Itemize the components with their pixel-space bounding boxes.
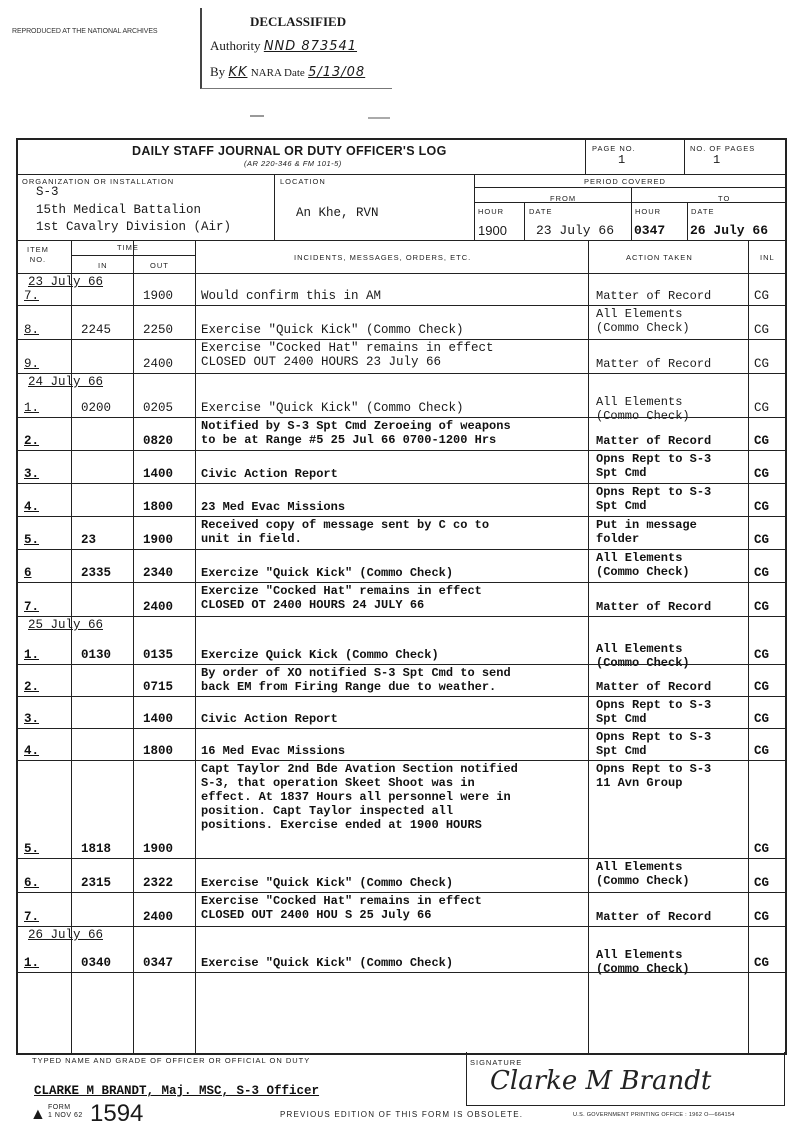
entry-action: 11 Avn Group bbox=[596, 776, 682, 790]
entry-initials: CG bbox=[754, 289, 769, 303]
entry-action: Put in message bbox=[596, 518, 697, 532]
entry-action: Matter of Record bbox=[596, 289, 711, 303]
entry-item-no: 4. bbox=[24, 744, 39, 758]
to-hour-value: 0347 bbox=[634, 223, 665, 238]
entry-item-no: 1. bbox=[24, 956, 39, 970]
entry-text: Exercise "Cocked Hat" remains in effect bbox=[201, 894, 482, 908]
no-of-pages-label: NO. OF PAGES bbox=[690, 144, 755, 153]
entry-action: (Commo Check) bbox=[596, 656, 690, 670]
entry-time-out: 2340 bbox=[143, 566, 173, 580]
entry-text: to be at Range #5 25 Jul 66 0700-1200 Hr… bbox=[201, 433, 496, 447]
page-no-label: PAGE NO. bbox=[592, 144, 636, 153]
entry-action: Matter of Record bbox=[596, 600, 711, 614]
entry-initials: CG bbox=[754, 357, 769, 371]
entry-action: Opns Rept to S-3 bbox=[596, 452, 711, 466]
form-subtitle: (AR 220-346 & FM 101-5) bbox=[244, 159, 342, 168]
no-of-pages-value: 1 bbox=[713, 153, 720, 167]
entry-text: Exercize Quick Kick (Commo Check) bbox=[201, 648, 439, 662]
entry-text: Exercize "Cocked Hat" remains in effect bbox=[201, 584, 482, 598]
nara-date-label: NARA Date bbox=[251, 67, 305, 79]
entry-text: CLOSED OUT 2400 HOU S 25 July 66 bbox=[201, 908, 431, 922]
entry-initials: CG bbox=[754, 323, 769, 337]
gpo-imprint: U.S. GOVERNMENT PRINTING OFFICE : 1962 O… bbox=[573, 1112, 735, 1118]
entry-time-out: 2400 bbox=[143, 910, 173, 924]
entry-initials: CG bbox=[754, 680, 769, 694]
org-line-3: 1st Cavalry Division (Air) bbox=[36, 220, 231, 234]
da-emblem-icon: ▲ bbox=[30, 1106, 46, 1124]
entry-time-out: 0205 bbox=[143, 401, 173, 415]
entry-time-out: 1900 bbox=[143, 533, 173, 547]
entry-time-out: 0715 bbox=[143, 680, 173, 694]
entry-text: Exercise "Cocked Hat" remains in effect bbox=[201, 341, 494, 355]
entry-item-no: 1. bbox=[24, 648, 39, 662]
entry-text: Notified by S-3 Spt Cmd Zeroeing of weap… bbox=[201, 419, 511, 433]
col-action-label: ACTION TAKEN bbox=[626, 253, 693, 262]
scan-mark bbox=[250, 115, 264, 117]
entry-initials: CG bbox=[754, 648, 769, 662]
from-date-label: DATE bbox=[529, 207, 552, 216]
entry-time-out: 2400 bbox=[143, 600, 173, 614]
entry-text: Would confirm this in AM bbox=[201, 289, 381, 303]
entry-date-heading: 26 July 66 bbox=[28, 928, 103, 942]
entry-time-in: 0200 bbox=[81, 401, 111, 415]
entry-initials: CG bbox=[754, 533, 769, 547]
entry-time-out: 1800 bbox=[143, 500, 173, 514]
entry-action: (Commo Check) bbox=[596, 962, 690, 976]
declassified-stamp: DECLASSIFIED Authority NND 873541 By KK … bbox=[200, 8, 392, 89]
entry-initials: CG bbox=[754, 467, 769, 481]
col-item-label: ITEM NO. bbox=[27, 245, 49, 265]
entry-initials: CG bbox=[754, 434, 769, 448]
entry-text: 16 Med Evac Missions bbox=[201, 744, 345, 758]
entry-time-out: 1800 bbox=[143, 744, 173, 758]
form-title: DAILY STAFF JOURNAL OR DUTY OFFICER'S LO… bbox=[132, 144, 447, 158]
entry-time-out: 0135 bbox=[143, 648, 173, 662]
entry-action: Spt Cmd bbox=[596, 499, 646, 513]
period-covered-label: PERIOD COVERED bbox=[584, 177, 666, 186]
entry-time-out: 2400 bbox=[143, 357, 173, 371]
entry-item-no: 2. bbox=[24, 434, 39, 448]
org-line-2: 15th Medical Battalion bbox=[36, 203, 201, 217]
entry-text: back EM from Firing Range due to weather… bbox=[201, 680, 496, 694]
entry-action: (Commo Check) bbox=[596, 565, 690, 579]
entry-initials: CG bbox=[754, 744, 769, 758]
entry-time-out: 2250 bbox=[143, 323, 173, 337]
entry-item-no: 7. bbox=[24, 600, 39, 614]
entry-time-in: 0130 bbox=[81, 648, 111, 662]
entry-item-no: 3. bbox=[24, 712, 39, 726]
entry-initials: CG bbox=[754, 842, 769, 856]
entry-text: S-3, that operation Skeet Shoot was in bbox=[201, 776, 475, 790]
entry-time-in: 2245 bbox=[81, 323, 111, 337]
entry-initials: CG bbox=[754, 566, 769, 580]
entry-action: All Elements bbox=[596, 307, 682, 321]
page-no-value: 1 bbox=[618, 153, 625, 167]
entry-text: Civic Action Report bbox=[201, 467, 338, 481]
entry-action: folder bbox=[596, 532, 639, 546]
entry-initials: CG bbox=[754, 910, 769, 924]
nara-date-value: 5/13/08 bbox=[308, 65, 365, 80]
entry-text: Civic Action Report bbox=[201, 712, 338, 726]
entry-action: (Commo Check) bbox=[596, 321, 690, 335]
entry-text: Received copy of message sent by C co to bbox=[201, 518, 489, 532]
entry-action: Opns Rept to S-3 bbox=[596, 762, 711, 776]
entry-action: All Elements bbox=[596, 551, 682, 565]
entry-text: Exercise "Quick Kick" (Commo Check) bbox=[201, 401, 464, 415]
by-line: By KK NARA Date 5/13/08 bbox=[210, 64, 365, 80]
archive-stamp: REPRODUCED AT THE NATIONAL ARCHIVES bbox=[12, 28, 157, 35]
authority-label: Authority bbox=[210, 38, 261, 53]
entry-time-in: 0340 bbox=[81, 956, 111, 970]
scan-mark bbox=[368, 117, 390, 119]
staff-journal-form: DAILY STAFF JOURNAL OR DUTY OFFICER'S LO… bbox=[16, 138, 787, 1055]
form-number: 1594 bbox=[90, 1100, 143, 1128]
entry-time-in: 1818 bbox=[81, 842, 111, 856]
entry-action: (Commo Check) bbox=[596, 874, 690, 888]
entry-initials: CG bbox=[754, 876, 769, 890]
entry-item-no: 2. bbox=[24, 680, 39, 694]
org-line-1: S-3 bbox=[36, 185, 59, 199]
officer-label: TYPED NAME AND GRADE OF OFFICER OR OFFIC… bbox=[32, 1056, 310, 1065]
entry-item-no: 6 bbox=[24, 566, 32, 580]
signature: Clarke M Brandt bbox=[490, 1066, 711, 1096]
entry-date-heading: 25 July 66 bbox=[28, 618, 103, 632]
entry-text: By order of XO notified S-3 Spt Cmd to s… bbox=[201, 666, 511, 680]
entry-action: All Elements bbox=[596, 948, 682, 962]
entry-text: Exercise "Quick Kick" (Commo Check) bbox=[201, 323, 464, 337]
entry-initials: CG bbox=[754, 401, 769, 415]
entry-date-heading: 24 July 66 bbox=[28, 375, 103, 389]
col-incidents-label: INCIDENTS, MESSAGES, ORDERS, ETC. bbox=[294, 253, 471, 262]
to-date-label: DATE bbox=[691, 207, 714, 216]
entry-item-no: 5. bbox=[24, 842, 39, 856]
entry-time-out: 1400 bbox=[143, 712, 173, 726]
entry-initials: CG bbox=[754, 500, 769, 514]
form-label: FORM bbox=[48, 1104, 83, 1112]
entry-date-heading: 23 July 66 bbox=[28, 275, 103, 289]
col-inl-label: INL bbox=[760, 253, 775, 262]
entry-time-in: 2335 bbox=[81, 566, 111, 580]
entry-text: CLOSED OUT 2400 HOURS 23 July 66 bbox=[201, 355, 441, 369]
entry-item-no: 7. bbox=[24, 910, 39, 924]
entry-action: Spt Cmd bbox=[596, 712, 646, 726]
entry-action: Opns Rept to S-3 bbox=[596, 730, 711, 744]
from-date-value: 23 July 66 bbox=[536, 223, 614, 238]
col-time-label: TIME bbox=[117, 243, 139, 252]
entry-action: (Commo Check) bbox=[596, 409, 690, 423]
entry-text: position. Capt Taylor inspected all bbox=[201, 804, 453, 818]
entry-action: All Elements bbox=[596, 860, 682, 874]
entry-item-no: 3. bbox=[24, 467, 39, 481]
by-value: KK bbox=[228, 65, 247, 80]
entry-action: Matter of Record bbox=[596, 910, 711, 924]
entry-time-in: 23 bbox=[81, 533, 96, 547]
entry-text: Exercise "Quick Kick" (Commo Check) bbox=[201, 876, 453, 890]
entry-action: Matter of Record bbox=[596, 680, 711, 694]
entry-text: effect. At 1837 Hours all personnel were… bbox=[201, 790, 511, 804]
entry-action: Opns Rept to S-3 bbox=[596, 698, 711, 712]
entry-action: Spt Cmd bbox=[596, 466, 646, 480]
entry-initials: CG bbox=[754, 956, 769, 970]
entry-item-no: 8. bbox=[24, 323, 39, 337]
by-label: By bbox=[210, 64, 225, 79]
entry-time-out: 1900 bbox=[143, 842, 173, 856]
entry-action: Spt Cmd bbox=[596, 744, 646, 758]
col-out-label: OUT bbox=[150, 261, 169, 270]
previous-edition-note: PREVIOUS EDITION OF THIS FORM IS OBSOLET… bbox=[280, 1110, 523, 1119]
entry-text: Capt Taylor 2nd Bde Avation Section noti… bbox=[201, 762, 518, 776]
entry-item-no: 9. bbox=[24, 357, 39, 371]
form-date: 1 NOV 62 bbox=[48, 1112, 83, 1120]
authority-line: Authority NND 873541 bbox=[210, 38, 357, 54]
entry-time-out: 0820 bbox=[143, 434, 173, 448]
entry-initials: CG bbox=[754, 600, 769, 614]
location-label: LOCATION bbox=[280, 177, 326, 186]
entry-action: Matter of Record bbox=[596, 434, 711, 448]
entry-time-in: 2315 bbox=[81, 876, 111, 890]
entry-item-no: 7. bbox=[24, 289, 39, 303]
entry-text: 23 Med Evac Missions bbox=[201, 500, 345, 514]
entry-item-no: 4. bbox=[24, 500, 39, 514]
entry-text: CLOSED OT 2400 HOURS 24 JULY 66 bbox=[201, 598, 424, 612]
authority-value: NND 873541 bbox=[264, 39, 357, 54]
from-hour-label: HOUR bbox=[478, 207, 504, 216]
to-hour-label: HOUR bbox=[635, 207, 661, 216]
from-hour-value: 1900 bbox=[478, 223, 507, 238]
entry-action: Opns Rept to S-3 bbox=[596, 485, 711, 499]
entry-item-no: 6. bbox=[24, 876, 39, 890]
to-date-value: 26 July 66 bbox=[690, 223, 768, 238]
entry-action: Matter of Record bbox=[596, 357, 711, 371]
entry-action: All Elements bbox=[596, 395, 682, 409]
entry-item-no: 1. bbox=[24, 401, 39, 415]
location-value: An Khe, RVN bbox=[296, 206, 379, 220]
entry-text: positions. Exercise ended at 1900 HOURS bbox=[201, 818, 482, 832]
entry-item-no: 5. bbox=[24, 533, 39, 547]
entry-text: unit in field. bbox=[201, 532, 302, 546]
form-prefix: FORM 1 NOV 62 bbox=[48, 1104, 83, 1120]
entry-time-out: 1900 bbox=[143, 289, 173, 303]
entry-text: Exercize "Quick Kick" (Commo Check) bbox=[201, 566, 453, 580]
officer-name: CLARKE M BRANDT, Maj. MSC, S-3 Officer bbox=[34, 1084, 319, 1098]
entry-text: Exercise "Quick Kick" (Commo Check) bbox=[201, 956, 453, 970]
entry-time-out: 0347 bbox=[143, 956, 173, 970]
declassified-title: DECLASSIFIED bbox=[250, 14, 346, 30]
entry-action: All Elements bbox=[596, 642, 682, 656]
entry-time-out: 2322 bbox=[143, 876, 173, 890]
entry-initials: CG bbox=[754, 712, 769, 726]
col-in-label: IN bbox=[98, 261, 108, 270]
entry-time-out: 1400 bbox=[143, 467, 173, 481]
